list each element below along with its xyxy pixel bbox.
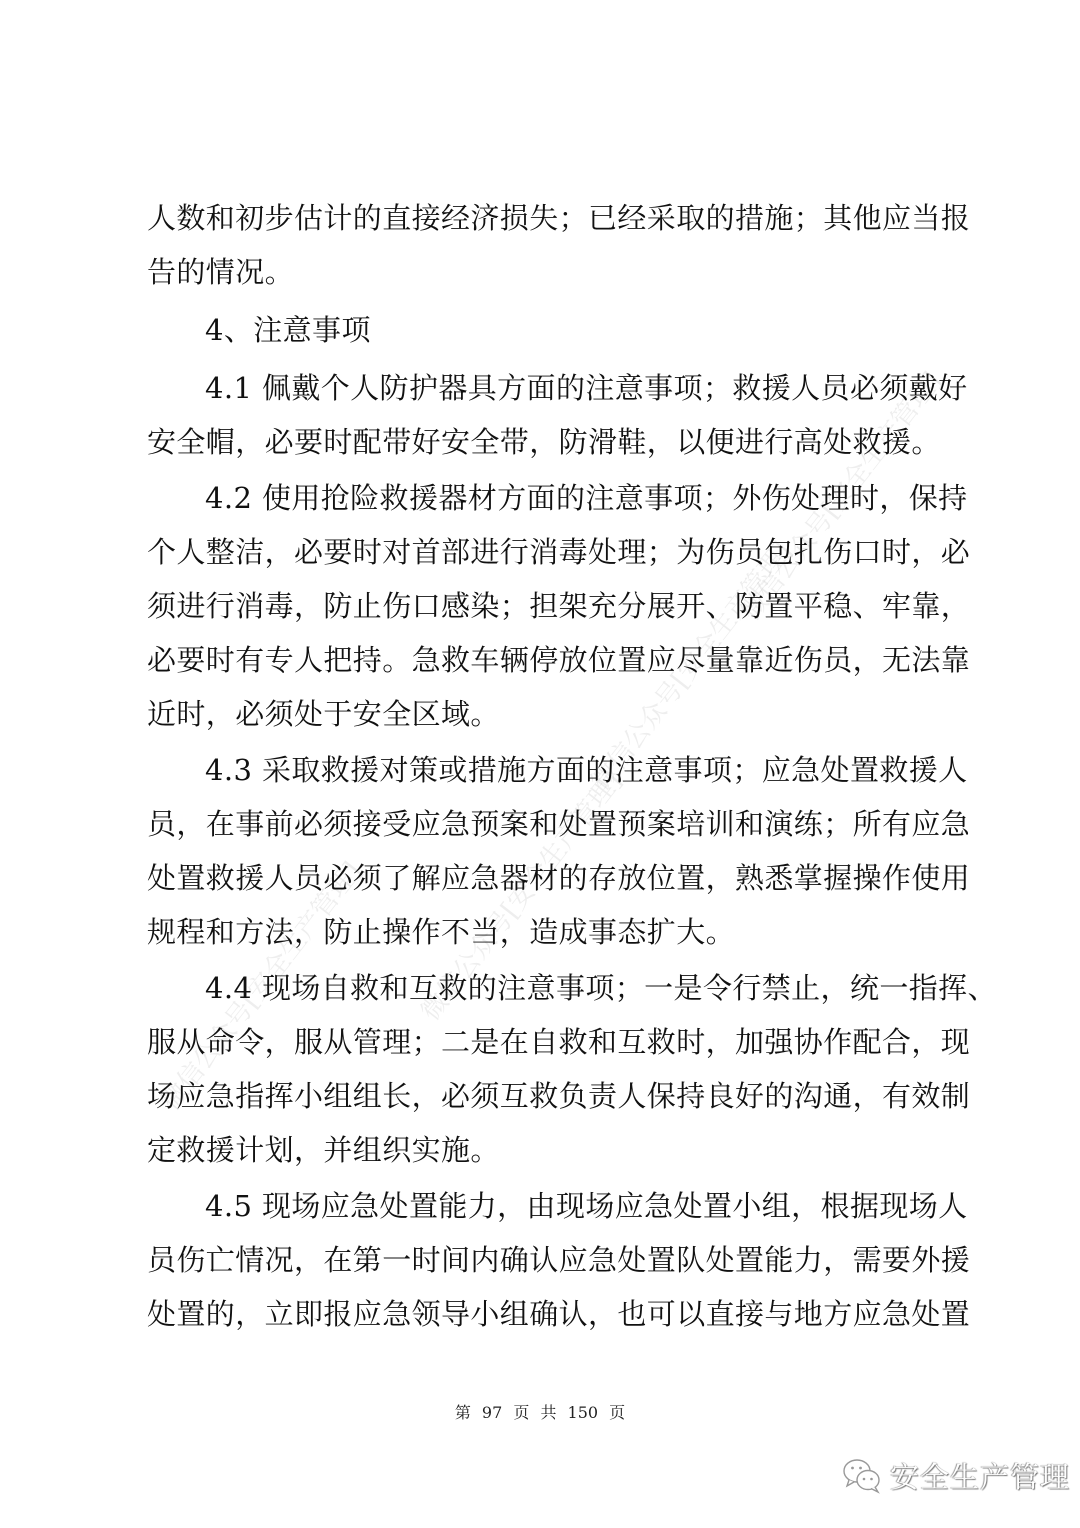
- text-line: 4.2 使用抢险救援器材方面的注意事项；外伤处理时，保持: [205, 478, 968, 518]
- text-line: 近时，必须处于安全区域。: [147, 694, 500, 734]
- document-page: 微信公众号[安全生产管理] 微信公众号[安全生产管理] 微信公众号[安全生产管理…: [0, 0, 1080, 1528]
- text-line: 4.5 现场应急处置能力，由现场应急处置小组，根据现场人: [205, 1186, 968, 1226]
- text-line: 处置救援人员必须了解应急器材的存放位置，熟悉掌握操作使用: [147, 858, 970, 898]
- text-line: 4.4 现场自救和互救的注意事项；一是令行禁止，统一指挥、: [205, 968, 997, 1008]
- text-line: 服从命令，服从管理；二是在自救和互救时，加强协作配合，现: [147, 1022, 970, 1062]
- text-line: 4.1 佩戴个人防护器具方面的注意事项；救援人员必须戴好: [205, 368, 968, 408]
- text-line: 个人整洁，必要时对首部进行消毒处理；为伤员包扎伤口时，必: [147, 532, 970, 572]
- text-line: 定救援计划，并组织实施。: [147, 1130, 500, 1170]
- text-line: 员，在事前必须接受应急预案和处置预案培训和演练；所有应急: [147, 804, 970, 844]
- text-line: 安全帽，必要时配带好安全带，防滑鞋，以便进行高处救援。: [147, 422, 941, 462]
- brand-name: 安全生产管理: [890, 1455, 1070, 1496]
- text-line: 4、注意事项: [205, 310, 371, 350]
- text-line: 处置的，立即报应急领导小组确认，也可以直接与地方应急处置: [147, 1294, 970, 1334]
- text-line: 员伤亡情况，在第一时间内确认应急处置队处置能力，需要外援: [147, 1240, 970, 1280]
- text-line: 人数和初步估计的直接经济损失；已经采取的措施；其他应当报: [147, 198, 970, 238]
- text-line: 须进行消毒，防止伤口感染；担架充分展开、防置平稳、牢靠，: [147, 586, 970, 626]
- page-number-footer: 第 97 页 共 150 页: [0, 1400, 1080, 1423]
- text-line: 必要时有专人把持。急救车辆停放位置应尽量靠近伤员，无法靠: [147, 640, 970, 680]
- text-line: 告的情况。: [147, 252, 294, 292]
- text-line: 规程和方法，防止操作不当，造成事态扩大。: [147, 912, 735, 952]
- brand-signature: 安全生产管理: [840, 1455, 1070, 1496]
- text-line: 4.3 采取救援对策或措施方面的注意事项；应急处置救援人: [205, 750, 968, 790]
- wechat-icon: [840, 1456, 884, 1496]
- text-line: 场应急指挥小组组长，必须互救负责人保持良好的沟通，有效制: [147, 1076, 970, 1116]
